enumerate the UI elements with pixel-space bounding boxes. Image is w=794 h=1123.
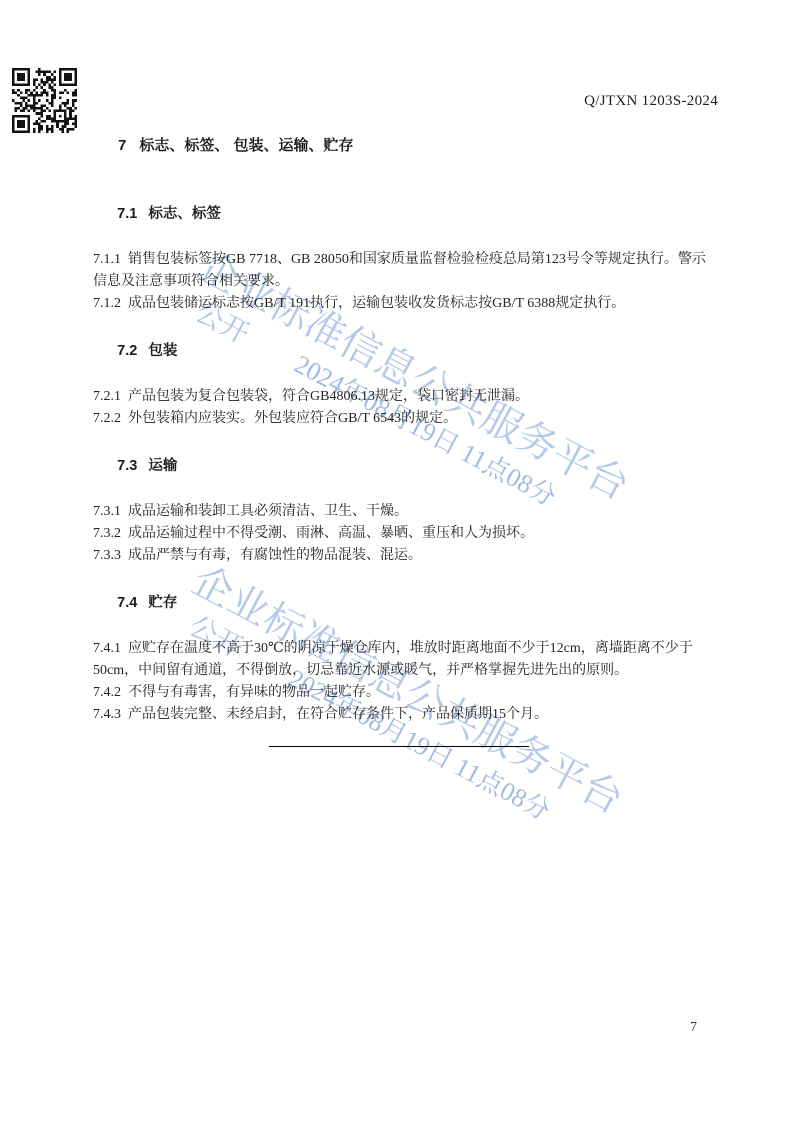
subsection-heading-7-3: 7.3运输 xyxy=(93,444,733,489)
document-page: Q/JTXN 1203S-2024 企业标准信息公共服务平台 公开 2024年0… xyxy=(0,0,794,1123)
clause-line: 7.3.2 成品运输过程中不得受潮、雨淋、高温、暴晒、重压和人为损坏。 xyxy=(93,523,733,545)
subsection-number: 7.3 xyxy=(117,458,137,474)
subsection-number: 7.2 xyxy=(117,343,137,359)
clause-line: 7.4.2 不得与有毒害，有异味的物品一起贮存。 xyxy=(93,682,733,704)
section-number: 7 xyxy=(118,137,126,154)
subsection-title: 运输 xyxy=(148,458,177,474)
clause-line: 信息及注意事项符合相关要求。 xyxy=(93,271,733,293)
clause-line: 7.3.1 成品运输和装卸工具必须清洁、卫生、干燥。 xyxy=(93,501,733,523)
clause-line: 7.4.3 产品包装完整、未经启封，在符合贮存条件下，产品保质期15个月。 xyxy=(93,704,733,726)
section-heading: 7标志、标签、 包装、运输、贮存 xyxy=(93,120,733,171)
clause-line: 7.4.1 应贮存在温度不高于30℃的阴凉干燥仓库内，堆放时距离地面不少于12c… xyxy=(93,638,733,660)
clause-line: 7.1.2 成品包装储运标志按GB/T 191执行，运输包装收发货标志按GB/T… xyxy=(93,293,733,315)
subsection-heading-7-1: 7.1标志、标签 xyxy=(93,192,733,237)
document-body: 7标志、标签、 包装、运输、贮存 7.1标志、标签 7.1.1 销售包装标签按G… xyxy=(93,120,733,747)
clause-line: 7.1.1 销售包装标签按GB 7718、GB 28050和国家质量监督检验检疫… xyxy=(93,249,733,271)
end-of-text-divider xyxy=(269,746,529,747)
clause-line: 50cm，中间留有通道，不得倒放，切忌靠近水源或暖气，并严格掌握先进先出的原则。 xyxy=(93,660,733,682)
page-number: 7 xyxy=(690,1020,697,1036)
clause-line: 7.2.2 外包装箱内应装实。外包装应符合GB/T 6543的规定。 xyxy=(93,408,733,430)
subsection-title: 贮存 xyxy=(148,595,177,611)
section-title: 标志、标签、 包装、运输、贮存 xyxy=(139,137,353,154)
clause-line: 7.3.3 成品严禁与有毒，有腐蚀性的物品混装、混运。 xyxy=(93,545,733,567)
qr-code-icon xyxy=(12,68,77,133)
subsection-number: 7.4 xyxy=(117,595,137,611)
subsection-heading-7-4: 7.4贮存 xyxy=(93,581,733,626)
doc-code: Q/JTXN 1203S-2024 xyxy=(93,93,718,110)
clause-line: 7.2.1 产品包装为复合包装袋，符合GB4806.13规定，袋口密封无泄漏。 xyxy=(93,386,733,408)
subsection-title: 包装 xyxy=(148,343,177,359)
subsection-heading-7-2: 7.2包装 xyxy=(93,329,733,374)
subsection-number: 7.1 xyxy=(117,206,137,222)
subsection-title: 标志、标签 xyxy=(148,206,221,222)
